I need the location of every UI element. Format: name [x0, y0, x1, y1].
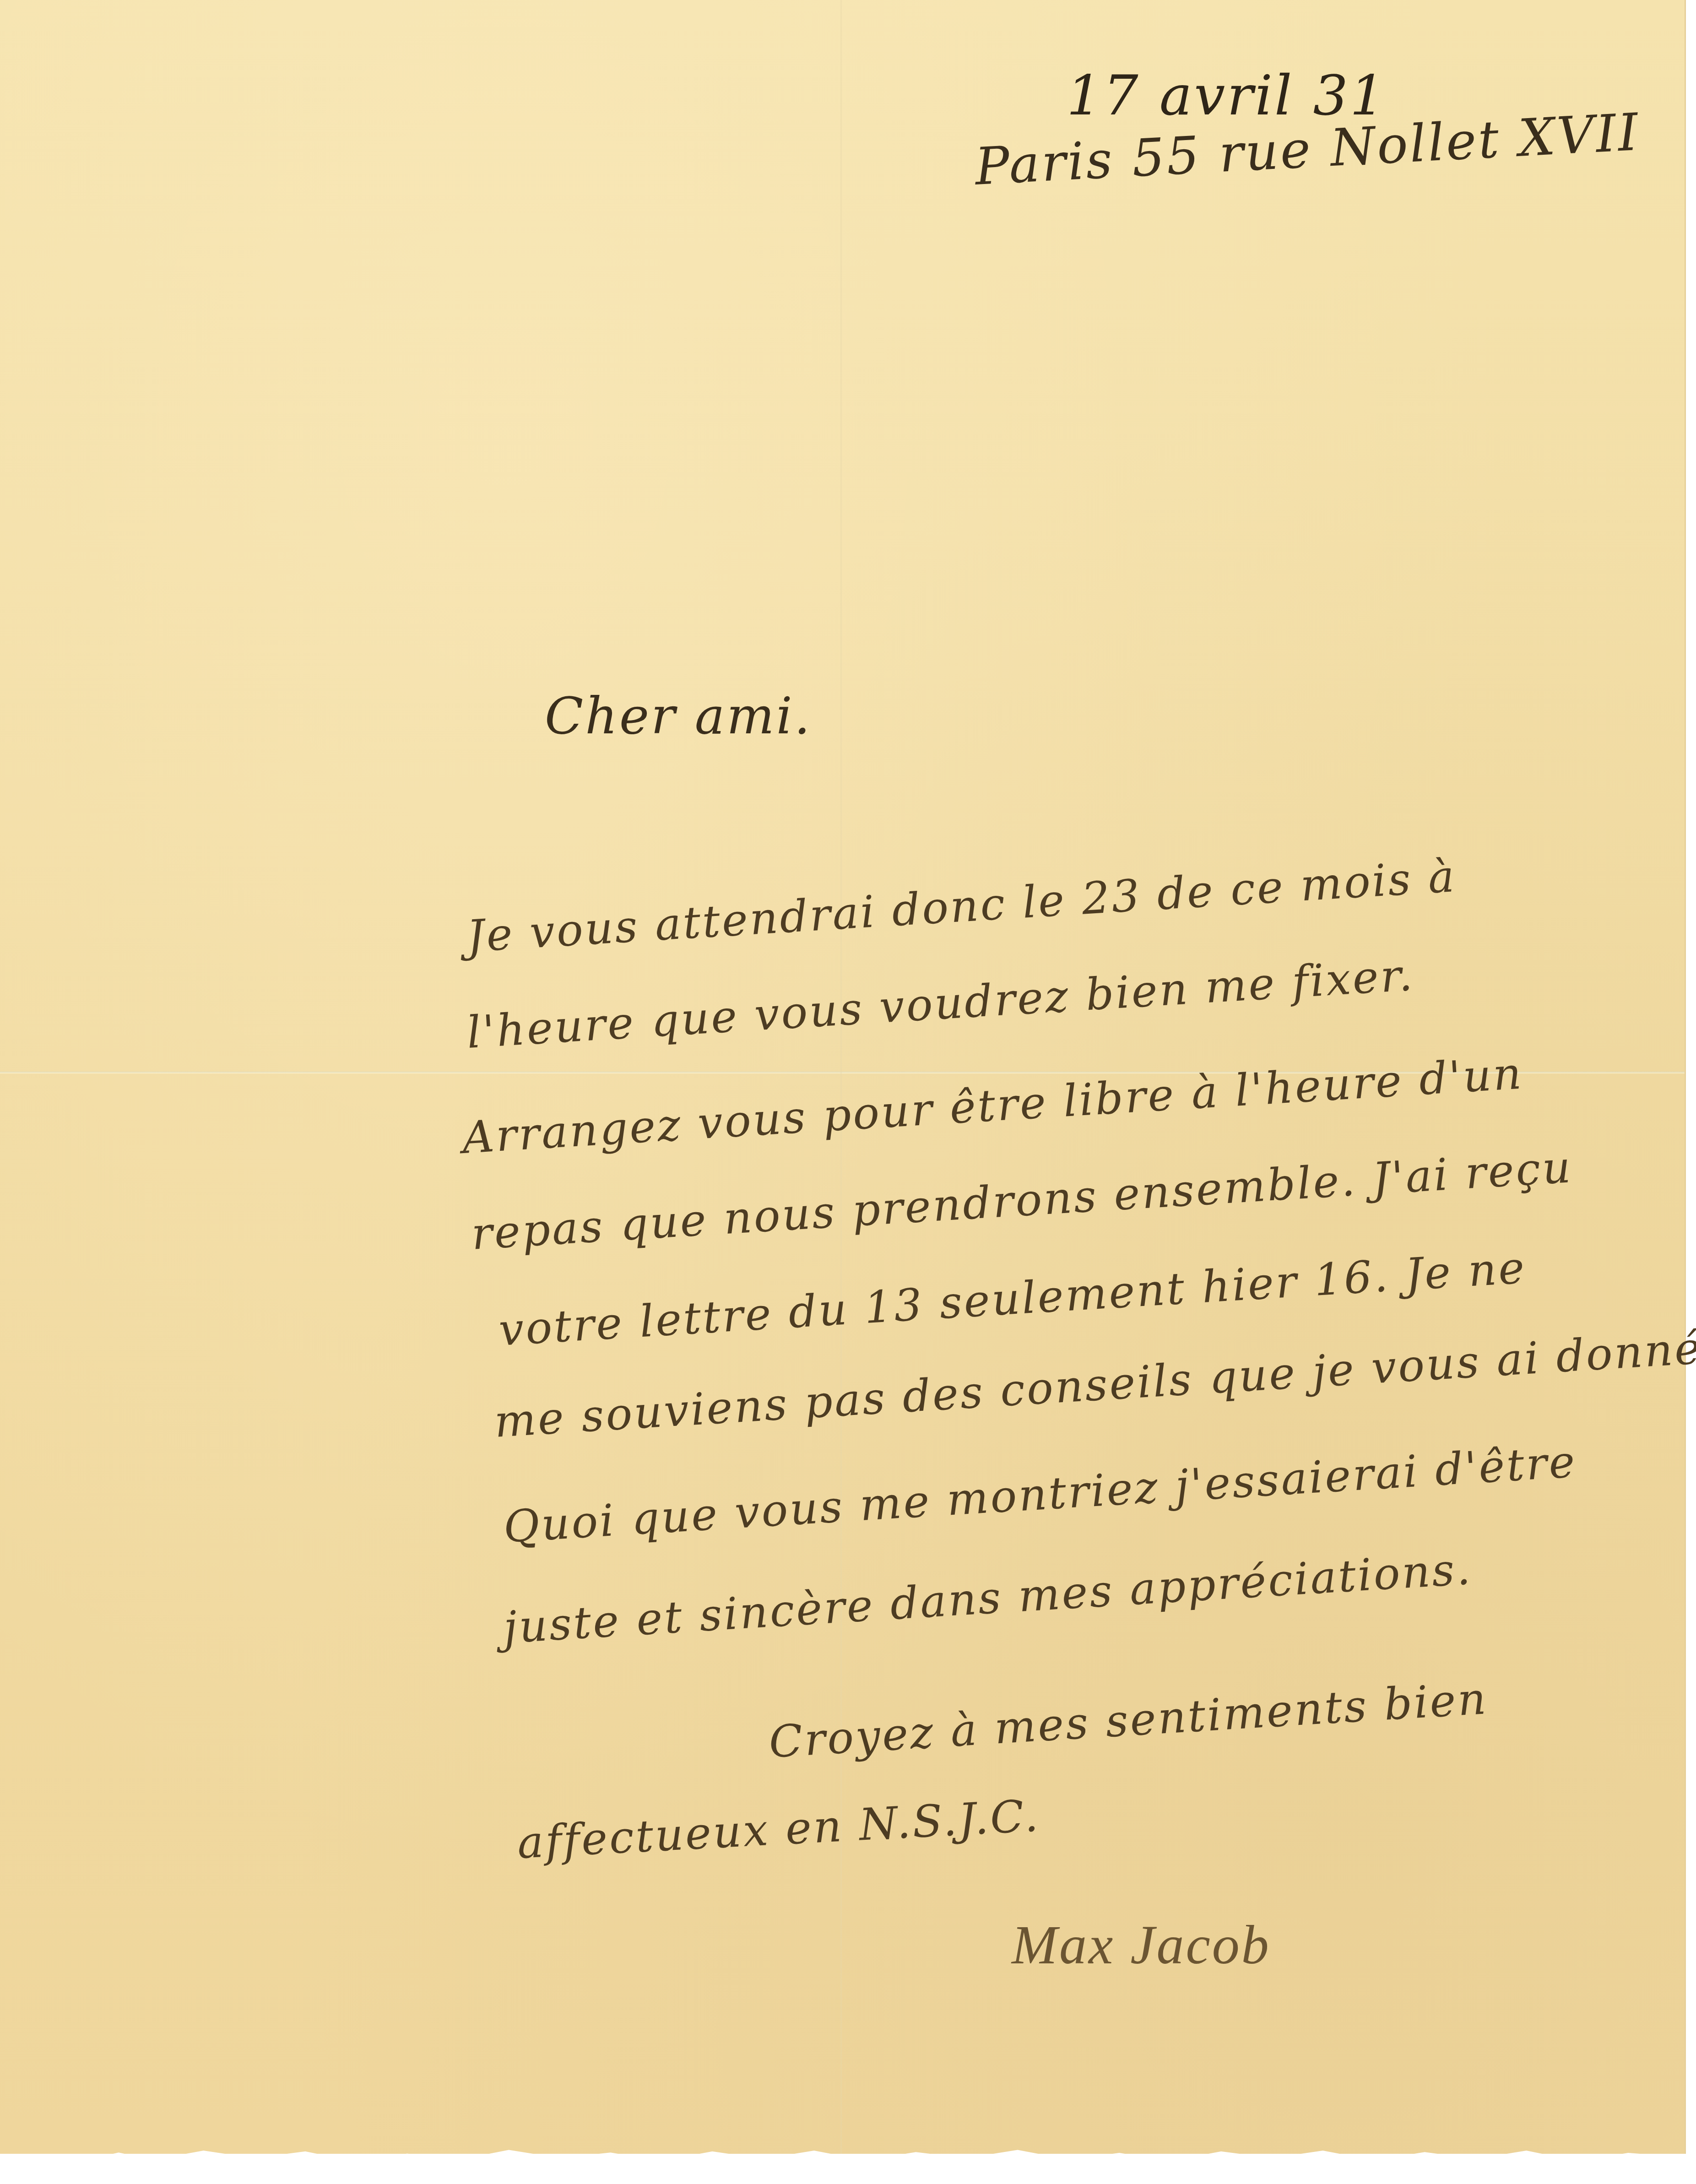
signature: Max Jacob	[1012, 1913, 1271, 1977]
salutation: Cher ami.	[545, 687, 812, 745]
